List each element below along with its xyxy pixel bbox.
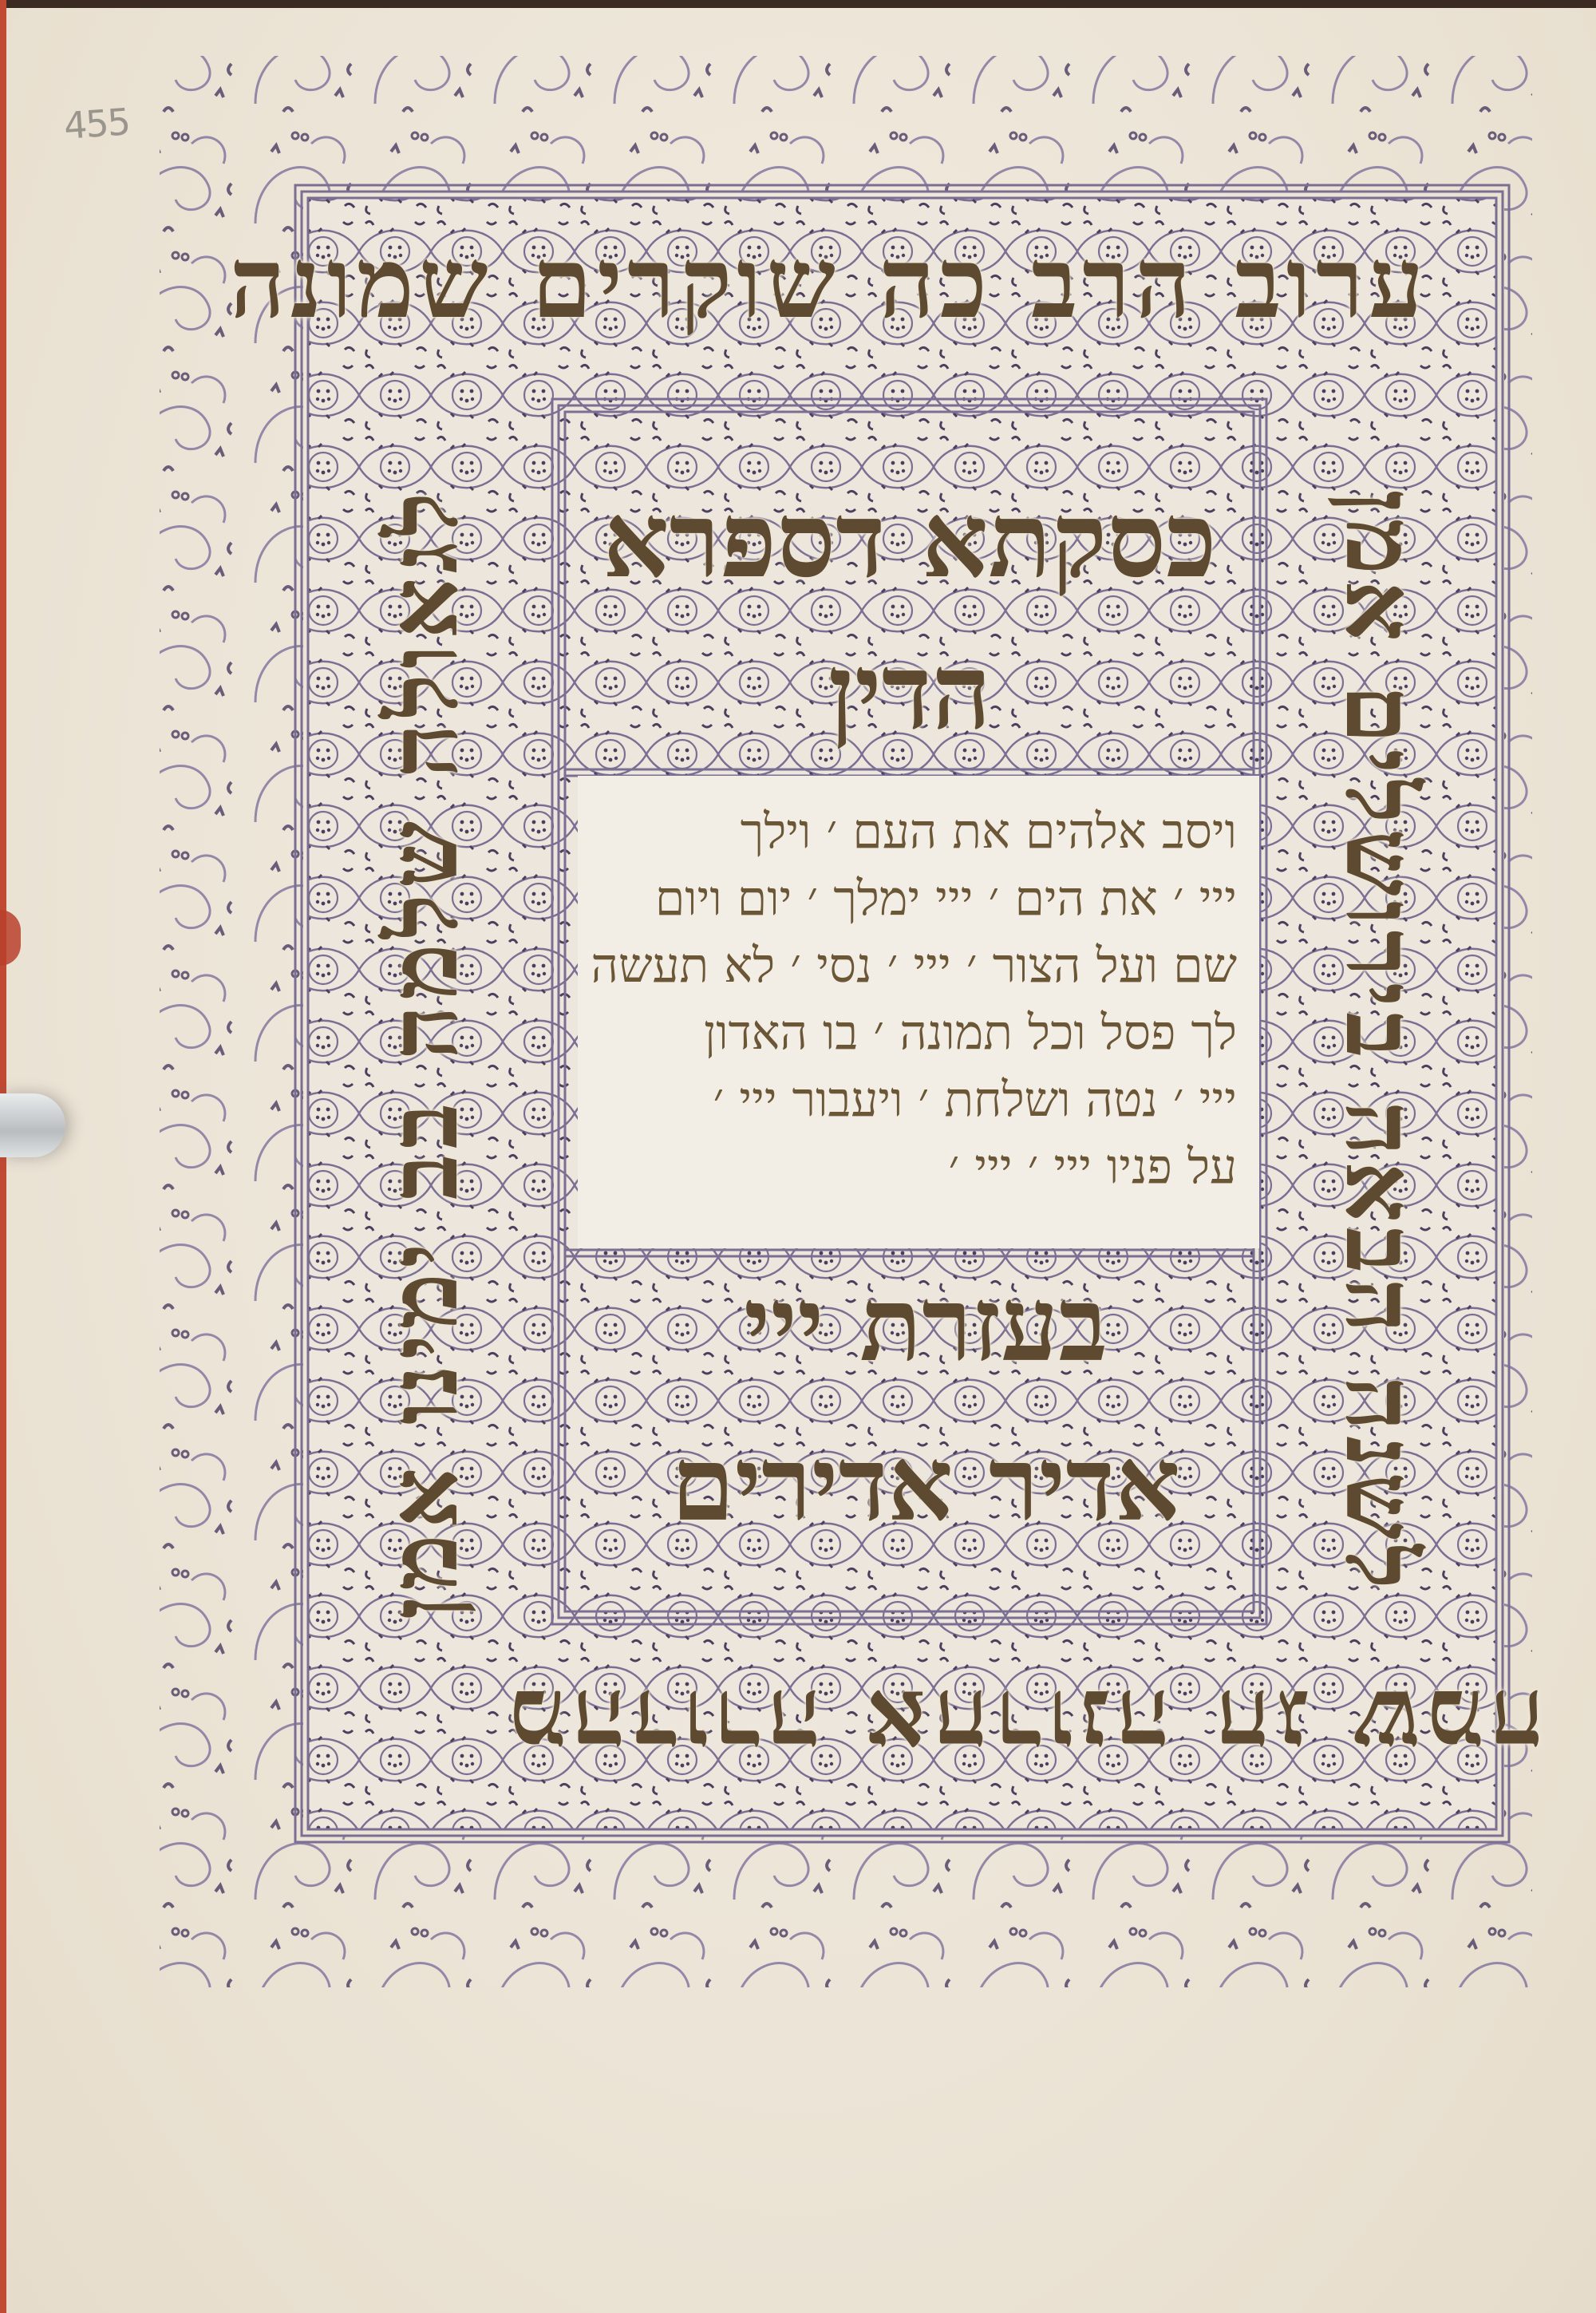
text-line: ויסב אלהים את העם ׳ וילך <box>598 798 1237 865</box>
manuscript-page: 455 <box>0 0 1596 2313</box>
text-line: ייי ׳ נטה ושלחת ׳ ויעבור ייי ׳ <box>598 1066 1237 1133</box>
inner-panel-title: כסקתא דספרא <box>559 479 1261 602</box>
central-text: ויסב אלהים את העם ׳ וילך ייי ׳ את הים ׳ … <box>598 798 1237 1200</box>
left-band-inscription: לגאולה שלמה בב ימינו אמן <box>367 383 480 1724</box>
right-band-inscription: לשנה הבאה בירושלים אמן <box>1324 367 1436 1716</box>
red-stain <box>0 910 21 966</box>
top-band-inscription: ערוב הרב כה שוקרים שמונה <box>375 225 1428 341</box>
text-line: ייי ׳ את הים ׳ ייי ימלך ׳ יום ויום <box>598 865 1237 932</box>
text-line: על פניו ייי ׳ ייי ׳ <box>598 1133 1237 1200</box>
bottom-band-inscription-inverted: מהדורה אחרונה חג שמח <box>503 1668 1428 1780</box>
folio-number: 455 <box>62 100 130 148</box>
lower-panel-line-1: בעזרת ייי <box>591 1265 1261 1385</box>
text-line: לך פסל וכל תמונה ׳ בו האדון <box>598 999 1237 1066</box>
page-clip-holder <box>0 1093 65 1157</box>
binding-edge-top <box>0 0 1596 8</box>
inner-panel-subtitle: הדין <box>559 631 1261 753</box>
lower-panel-line-2: אדיר אדירים <box>591 1425 1261 1544</box>
text-line: שם ועל הצור ׳ ייי ׳ נסי ׳ לא תעשה <box>598 932 1237 999</box>
